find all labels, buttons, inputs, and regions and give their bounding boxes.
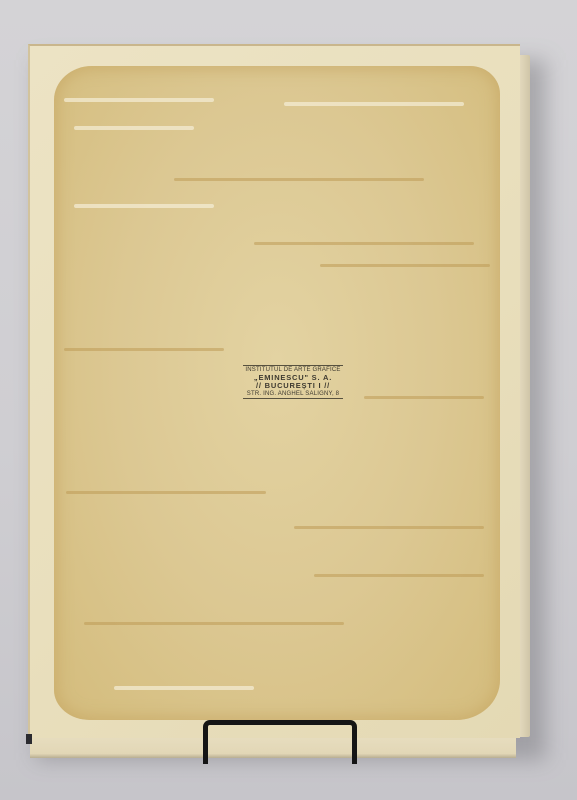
dark-streak [66, 491, 266, 494]
dark-streak [364, 396, 484, 399]
dark-streak [84, 622, 344, 625]
dark-streak [294, 526, 484, 529]
dark-streak [314, 574, 484, 577]
dark-streak [64, 348, 224, 351]
dark-streak [320, 264, 490, 267]
torn-corner [26, 734, 32, 744]
imprint-line-4: STR. ING. ANGHEL SALIGNY, 8 [241, 390, 345, 398]
light-streak [74, 204, 214, 208]
light-streak [64, 98, 214, 102]
light-streak [114, 686, 254, 690]
light-streak [74, 126, 194, 130]
imprint-bottom-rule [243, 398, 343, 399]
light-streak [284, 102, 464, 106]
display-stand [203, 720, 357, 764]
imprint-line-3: // BUCUREȘTI I // [241, 382, 345, 390]
printer-imprint: INSTITUTUL DE ARTE GRAFICE „EMINESCU" S.… [241, 365, 345, 399]
dark-streak [254, 242, 474, 245]
dark-streak [174, 178, 424, 181]
